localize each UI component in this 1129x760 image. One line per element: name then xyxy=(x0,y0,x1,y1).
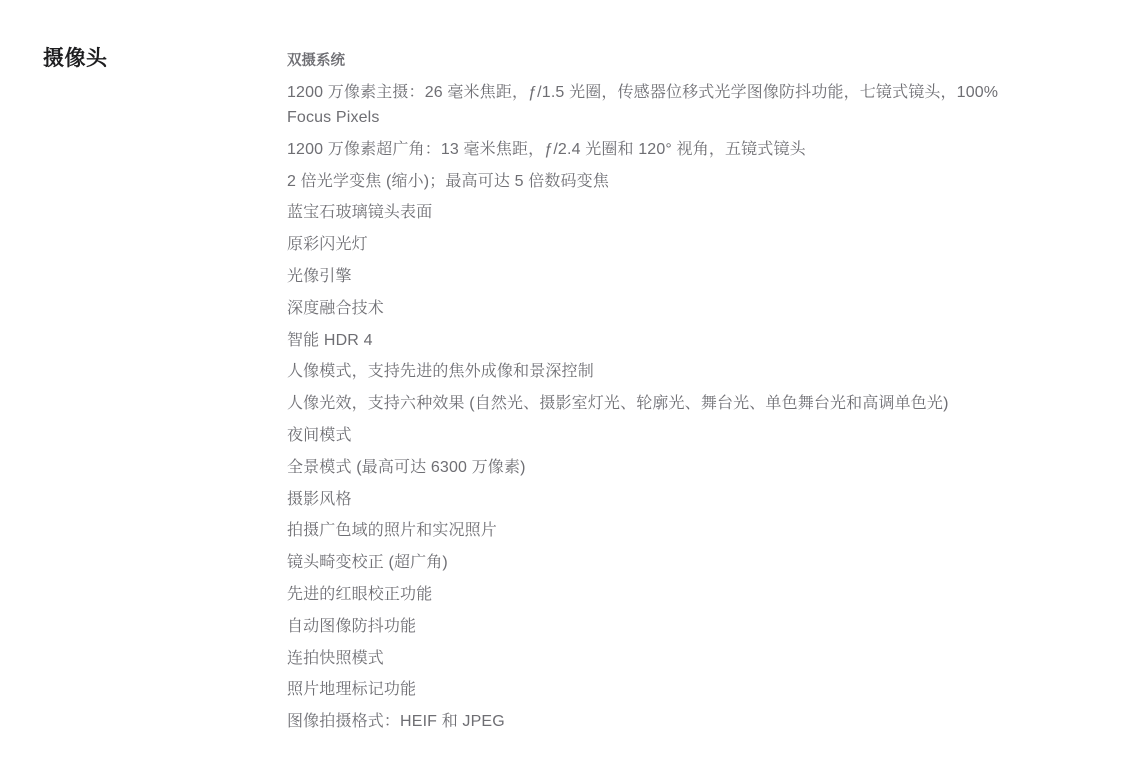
spec-item-flash: 原彩闪光灯 xyxy=(287,232,1007,257)
spec-item-portrait-mode: 人像模式，支持先进的焦外成像和景深控制 xyxy=(287,359,1007,384)
spec-item-deep-fusion: 深度融合技术 xyxy=(287,296,1007,321)
spec-item-red-eye: 先进的红眼校正功能 xyxy=(287,582,1007,607)
spec-item-auto-stabilization: 自动图像防抖功能 xyxy=(287,614,1007,639)
spec-item-smart-hdr: 智能 HDR 4 xyxy=(287,328,1007,353)
spec-list: 双摄系统 1200 万像素主摄：26 毫米焦距，ƒ/1.5 光圈，传感器位移式光… xyxy=(287,49,1007,741)
camera-spec-section: 摄像头 双摄系统 1200 万像素主摄：26 毫米焦距，ƒ/1.5 光圈，传感器… xyxy=(0,0,1129,760)
spec-item-photographic-styles: 摄影风格 xyxy=(287,487,1007,512)
section-title: 摄像头 xyxy=(43,44,108,74)
spec-item-panorama: 全景模式 (最高可达 6300 万像素) xyxy=(287,455,1007,480)
spec-item-burst-mode: 连拍快照模式 xyxy=(287,646,1007,671)
spec-item-image-formats: 图像拍摄格式：HEIF 和 JPEG xyxy=(287,709,1007,734)
spec-item-photonic-engine: 光像引擎 xyxy=(287,264,1007,289)
spec-item-ultra-wide: 1200 万像素超广角：13 毫米焦距，ƒ/2.4 光圈和 120° 视角，五镜… xyxy=(287,137,1007,162)
spec-item-zoom: 2 倍光学变焦 (缩小)；最高可达 5 倍数码变焦 xyxy=(287,169,1007,194)
spec-item-wide-color: 拍摄广色域的照片和实况照片 xyxy=(287,518,1007,543)
spec-heading: 双摄系统 xyxy=(287,49,1007,73)
spec-item-night-mode: 夜间模式 xyxy=(287,423,1007,448)
spec-item-lens-correction: 镜头畸变校正 (超广角) xyxy=(287,550,1007,575)
spec-item-lens-cover: 蓝宝石玻璃镜头表面 xyxy=(287,200,1007,225)
spec-item-geotagging: 照片地理标记功能 xyxy=(287,677,1007,702)
spec-item-portrait-lighting: 人像光效，支持六种效果 (自然光、摄影室灯光、轮廓光、舞台光、单色舞台光和高调单… xyxy=(287,391,1007,416)
spec-item-main-camera: 1200 万像素主摄：26 毫米焦距，ƒ/1.5 光圈，传感器位移式光学图像防抖… xyxy=(287,80,1007,130)
